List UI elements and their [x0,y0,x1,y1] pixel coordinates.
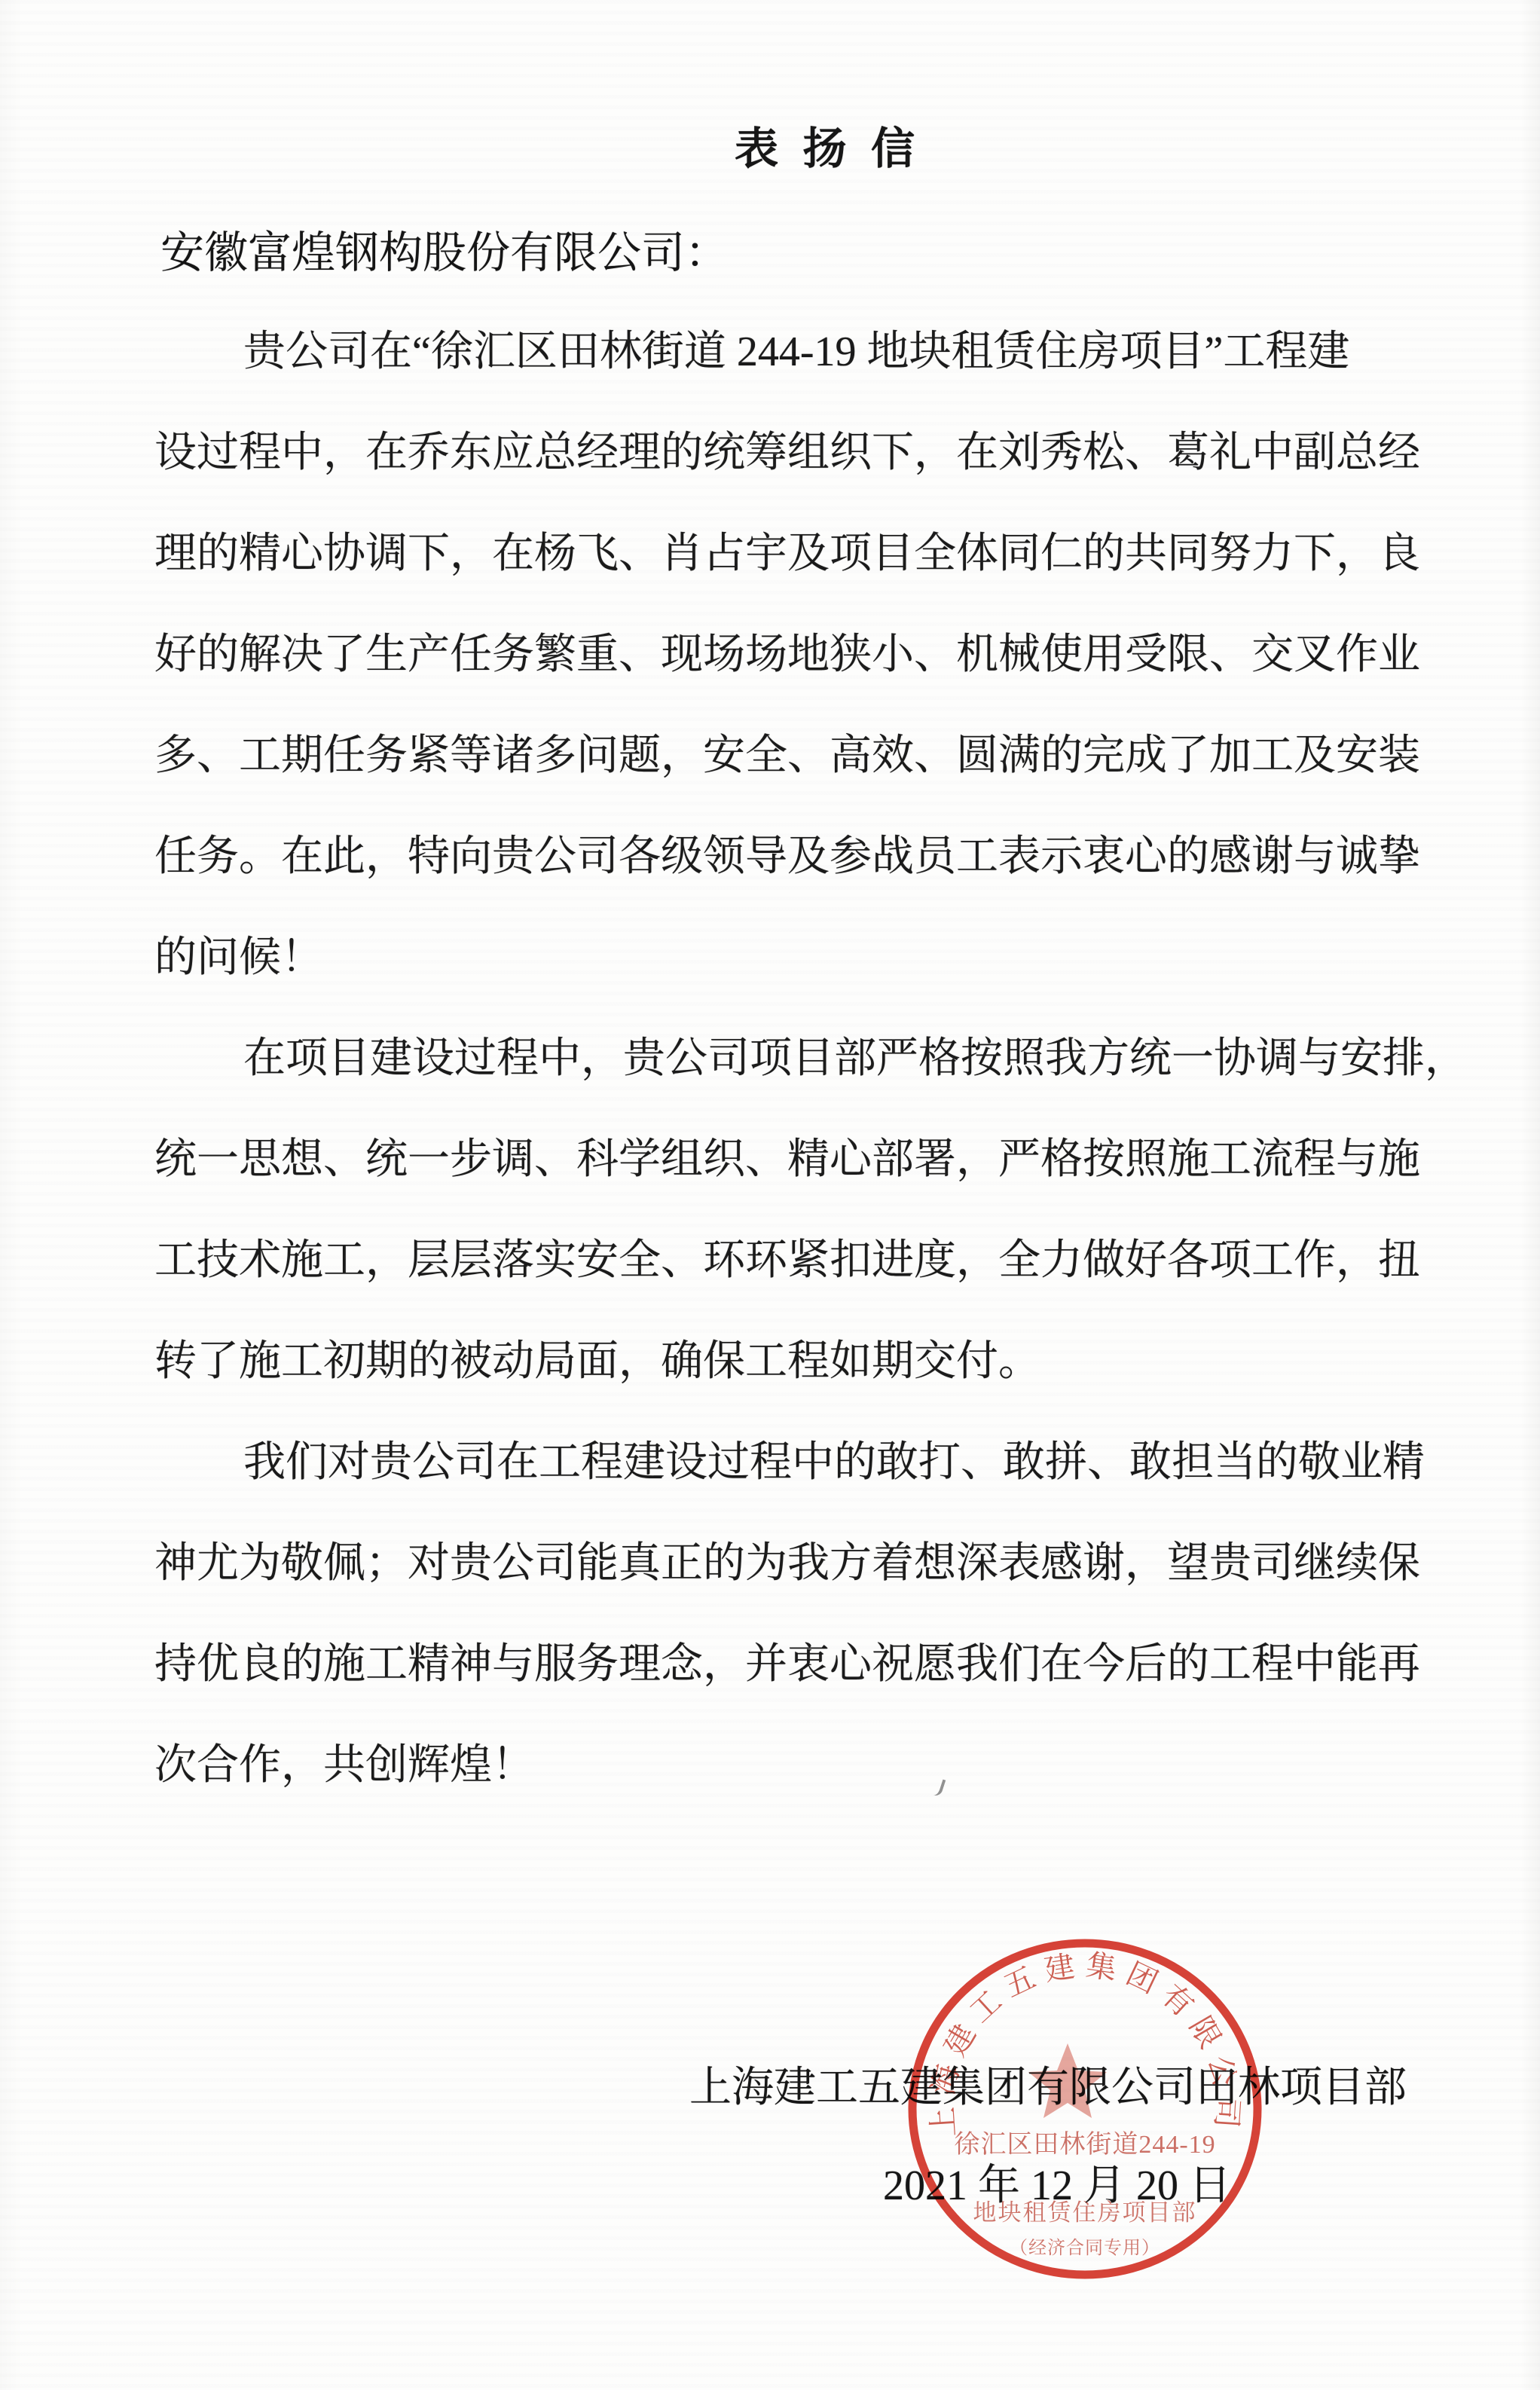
body-line: 好的解决了生产任务繁重、现场场地狭小、机械使用受限、交叉作业 [154,604,1450,705]
body-line: 转了施工初期的被动局面，确保工程如期交付。 [154,1311,1450,1412]
seal-text-line: 徐汇区田林街道244-19 [954,2130,1215,2159]
body-line: 任务。在此，特向贵公司各级领导及参战员工表示衷心的感谢与诚挚 [154,806,1450,907]
body-line: 持优良的施工精神与服务理念，并衷心祝愿我们在今后的工程中能再 [154,1614,1450,1715]
seal-star-icon [1028,2043,1107,2118]
salutation-line: 安徽富煌钢构股份有限公司： [160,217,729,280]
body-line: 次合作，共创辉煌！ [154,1715,1450,1816]
letter-body: 贵公司在“徐汇区田林街道 244-19 地块租赁住房项目”工程建 设过程中，在乔… [154,301,1450,1816]
body-line: 统一思想、统一步调、科学组织、精心部署，严格按照施工流程与施 [154,1109,1450,1210]
body-line: 工技术施工，层层落实安全、环环紧扣进度，全力做好各项工作，扭 [154,1210,1450,1311]
body-line: 在项目建设过程中，贵公司项目部严格按照我方统一协调与安排， [154,1008,1450,1109]
body-line: 我们对贵公司在工程建设过程中的敢打、敢拼、敢担当的敬业精 [154,1412,1450,1513]
body-line: 多、工期任务紧等诸多问题，安全、高效、圆满的完成了加工及安装 [154,705,1450,806]
letter-title: 表 扬 信 [735,113,919,176]
body-line: 的问候！ [154,907,1450,1008]
company-seal-stamp: 上海建工五建集团有限公司 徐汇区田林街道244-19 地块租赁住房项目部 （经济… [897,1928,1273,2290]
body-line: 贵公司在“徐汇区田林街道 244-19 地块租赁住房项目”工程建 [154,301,1450,402]
body-line: 神尤为敬佩；对贵公司能真正的为我方着想深表感谢，望贵司继续保 [154,1513,1450,1614]
seal-text-line: 地块租赁住房项目部 [973,2199,1197,2226]
scanned-letter-page: 表 扬 信 安徽富煌钢构股份有限公司： 贵公司在“徐汇区田林街道 244-19 … [0,0,1540,2390]
body-line: 理的精心协调下，在杨飞、肖占宇及项目全体同仁的共同努力下，良 [154,503,1450,604]
body-line: 设过程中，在乔东应总经理的统筹组织下，在刘秀松、葛礼中副总经 [154,402,1450,503]
seal-text-line: （经济合同专用） [1010,2238,1160,2258]
